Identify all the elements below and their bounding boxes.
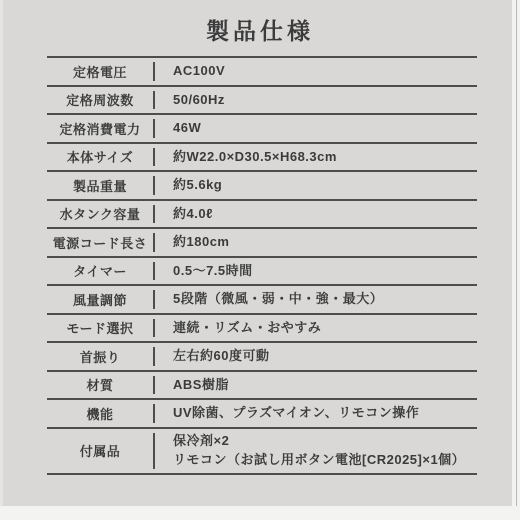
spec-value-line: 約180cm	[173, 233, 477, 252]
spec-label: 製品重量	[47, 176, 153, 195]
product-spec-sheet: 製品仕様 定格電圧AC100V定格周波数50/60Hz定格消費電力46W本体サイ…	[0, 0, 520, 520]
spec-value: 50/60Hz	[155, 91, 477, 110]
bottom-edge-strip	[0, 506, 520, 520]
spec-label: 付属品	[47, 441, 153, 460]
spec-value-line: 46W	[173, 119, 477, 138]
right-edge-line	[516, 0, 517, 520]
table-row: 材質ABS樹脂	[47, 370, 477, 399]
table-row: モード選択連続・リズム・おやすみ	[47, 313, 477, 342]
spec-value: 連続・リズム・おやすみ	[155, 319, 477, 338]
table-row: 首振り左右約60度可動	[47, 341, 477, 370]
spec-value-line: 左右約60度可動	[173, 347, 477, 366]
spec-value-line: 約5.6kg	[173, 176, 477, 195]
table-row: 定格周波数50/60Hz	[47, 85, 477, 114]
spec-value-line: 約W22.0×D30.5×H68.3cm	[173, 148, 477, 167]
spec-label: 電源コード長さ	[47, 233, 153, 252]
spec-value: UV除菌、プラズマイオン、リモコン操作	[155, 404, 477, 423]
spec-value: 46W	[155, 119, 477, 138]
spec-value-line: AC100V	[173, 62, 477, 81]
table-row: 水タンク容量約4.0ℓ	[47, 199, 477, 228]
spec-label: 風量調節	[47, 290, 153, 309]
spec-value: 左右約60度可動	[155, 347, 477, 366]
table-row: 風量調節5段階（微風・弱・中・強・最大）	[47, 284, 477, 313]
table-row: 付属品保冷剤×2リモコン（お試し用ボタン電池[CR2025]×1個）	[47, 427, 477, 473]
spec-label: 首振り	[47, 347, 153, 366]
spec-value: 約W22.0×D30.5×H68.3cm	[155, 148, 477, 167]
spec-value: 約5.6kg	[155, 176, 477, 195]
table-row: 製品重量約5.6kg	[47, 170, 477, 199]
spec-label: 定格周波数	[47, 90, 153, 109]
table-row: 定格消費電力46W	[47, 113, 477, 142]
spec-value-line: ABS樹脂	[173, 376, 477, 395]
spec-label: モード選択	[47, 318, 153, 337]
spec-label: 本体サイズ	[47, 147, 153, 166]
spec-value: 約4.0ℓ	[155, 205, 477, 224]
spec-value-line: 連続・リズム・おやすみ	[173, 319, 477, 338]
spec-table: 定格電圧AC100V定格周波数50/60Hz定格消費電力46W本体サイズ約W22…	[47, 56, 477, 475]
spec-value: 0.5〜7.5時間	[155, 262, 477, 281]
spec-value-line: 0.5〜7.5時間	[173, 262, 477, 281]
spec-value-line: UV除菌、プラズマイオン、リモコン操作	[173, 404, 477, 423]
spec-label: タイマー	[47, 261, 153, 280]
spec-label: 定格消費電力	[47, 119, 153, 138]
spec-value: AC100V	[155, 62, 477, 81]
spec-label: 定格電圧	[47, 62, 153, 81]
spec-value-line: 約4.0ℓ	[173, 205, 477, 224]
spec-label: 水タンク容量	[47, 204, 153, 223]
spec-value: ABS樹脂	[155, 376, 477, 395]
spec-label: 材質	[47, 375, 153, 394]
spec-value-line: 保冷剤×2	[173, 432, 477, 451]
table-row: 機能UV除菌、プラズマイオン、リモコン操作	[47, 398, 477, 427]
spec-value: 5段階（微風・弱・中・強・最大）	[155, 290, 477, 309]
spec-label: 機能	[47, 404, 153, 423]
table-row: 電源コード長さ約180cm	[47, 227, 477, 256]
page-title: 製品仕様	[0, 13, 520, 46]
spec-value: 約180cm	[155, 233, 477, 252]
spec-value: 保冷剤×2リモコン（お試し用ボタン電池[CR2025]×1個）	[155, 432, 477, 469]
table-row: タイマー0.5〜7.5時間	[47, 256, 477, 285]
spec-value-line: リモコン（お試し用ボタン電池[CR2025]×1個）	[173, 451, 477, 470]
spec-value-line: 50/60Hz	[173, 91, 477, 110]
spec-value-line: 5段階（微風・弱・中・強・最大）	[173, 290, 477, 309]
table-row: 定格電圧AC100V	[47, 56, 477, 85]
table-row: 本体サイズ約W22.0×D30.5×H68.3cm	[47, 142, 477, 171]
left-edge-strip	[0, 0, 3, 520]
